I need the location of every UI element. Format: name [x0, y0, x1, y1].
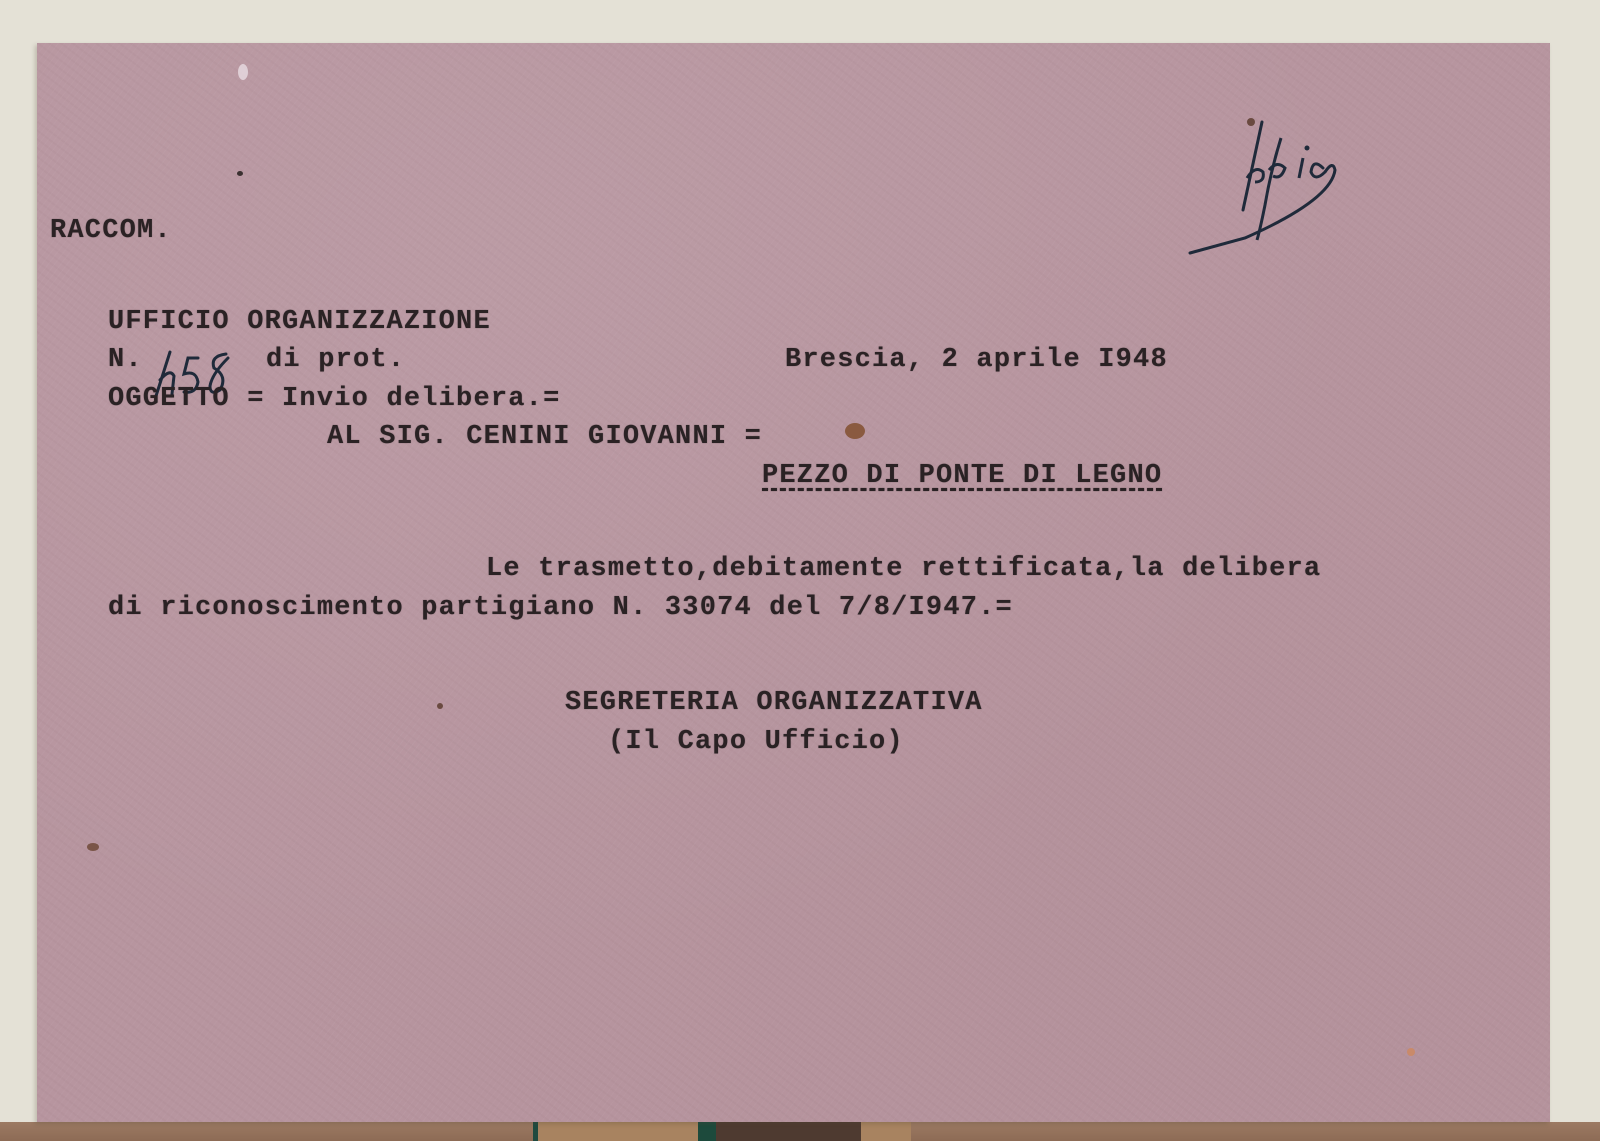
body-line-1: Le trasmetto,debitamente rettificata,la …: [486, 556, 1321, 583]
recipient-name: AL SIG. CENINI GIOVANNI =: [327, 424, 762, 451]
paper-speck: [437, 703, 443, 709]
shelf-block: [861, 1122, 911, 1141]
paper-speck: [87, 843, 99, 851]
signature-title: (Il Capo Ufficio): [608, 729, 904, 756]
paper-speck: [845, 423, 865, 439]
paper-speck: [238, 64, 248, 80]
office-name: UFFICIO ORGANIZZAZIONE: [108, 309, 491, 336]
subject-line: OGGETTO = Invio delibera.=: [108, 386, 560, 413]
shelf-block: [538, 1122, 698, 1141]
protocol-prefix: N.: [108, 347, 143, 374]
place-date: Brescia, 2 aprile I948: [785, 347, 1168, 374]
signature-office: SEGRETERIA ORGANIZZATIVA: [565, 690, 983, 717]
shelf-block: [716, 1122, 861, 1141]
paper-speck: [237, 171, 243, 176]
shelf-gap: [698, 1122, 716, 1141]
recipient-location: PEZZO DI PONTE DI LEGNO: [762, 463, 1162, 490]
protocol-suffix: di prot.: [266, 347, 405, 374]
body-line-2: di riconoscimento partigiano N. 33074 de…: [108, 595, 1013, 622]
shelf-edge: [0, 1122, 1600, 1141]
paper-speck: [1407, 1048, 1415, 1056]
registered-mail-mark: RACCOM.: [50, 218, 172, 245]
copy-handwritten-icon: [1185, 110, 1375, 260]
